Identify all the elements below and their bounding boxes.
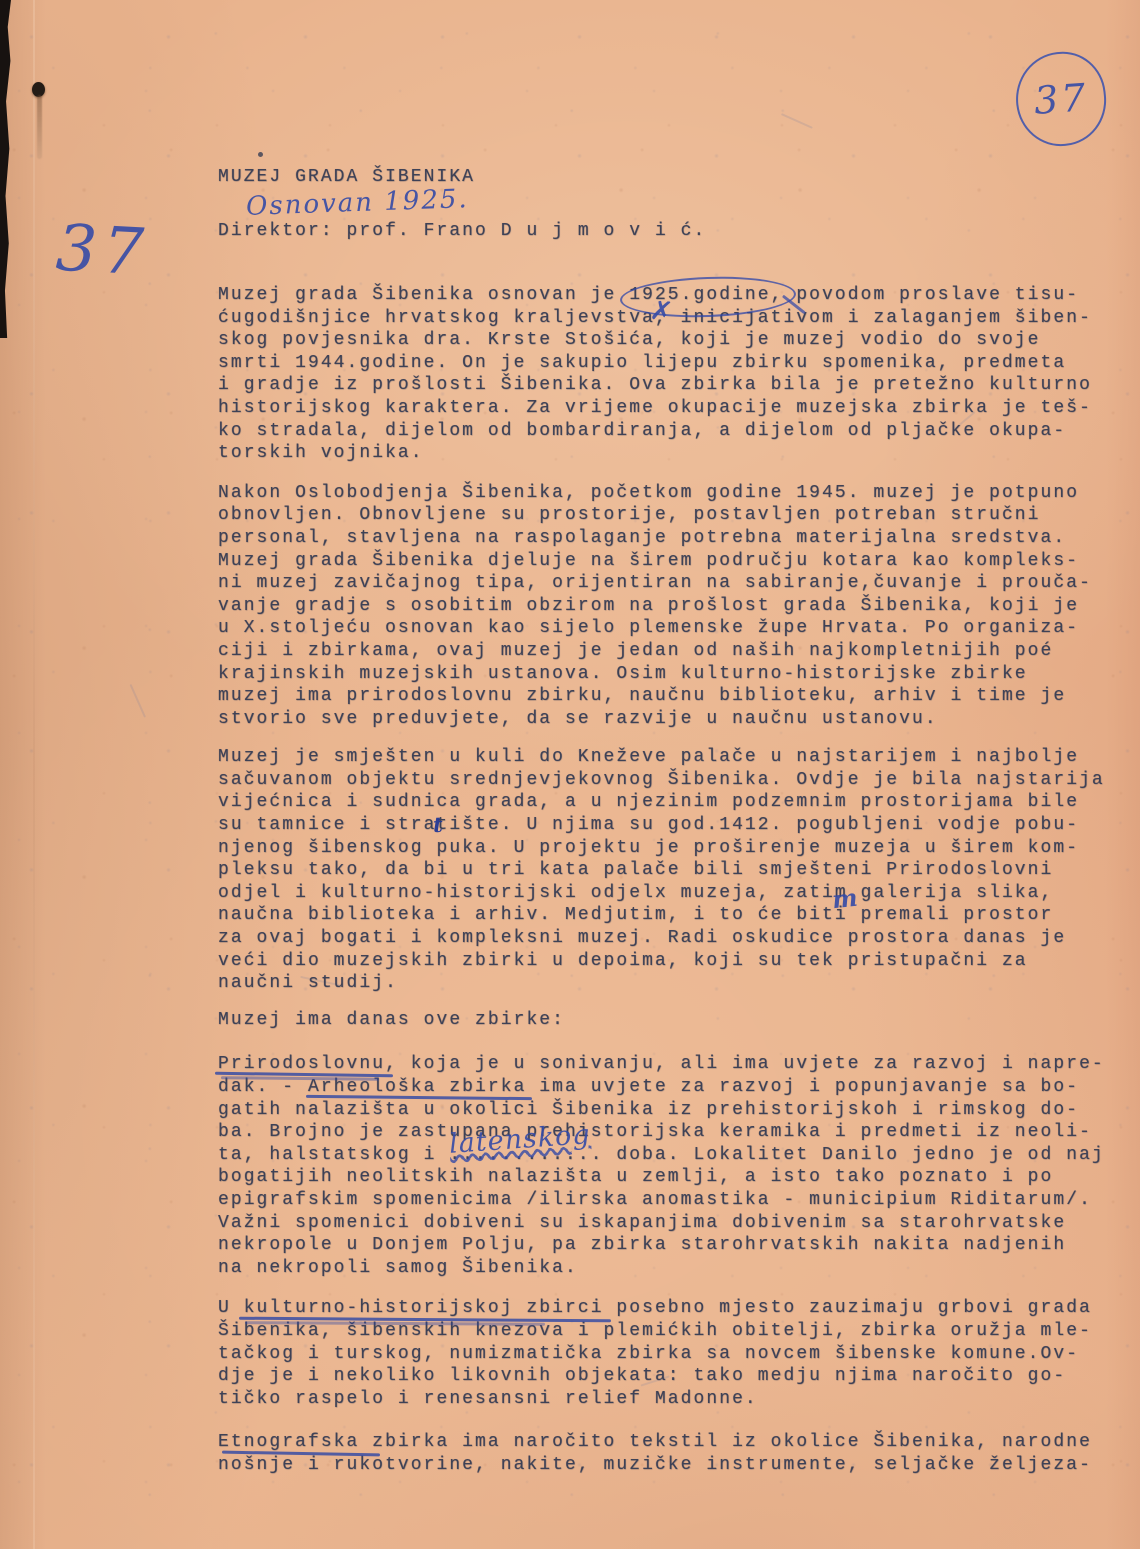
paper-fiber (781, 113, 813, 128)
typed-line: naučni studij. (218, 972, 1138, 995)
typed-line: Važni spomenici dobiveni su iskapanjima … (218, 1212, 1138, 1235)
typed-line: personal, stavljena na raspolaganje potr… (218, 527, 1138, 550)
typed-line: nošnje i rukotvorine, nakite, muzičke in… (218, 1454, 1138, 1477)
typed-line: gatih nalazišta u okolici Šibenika iz pr… (218, 1099, 1138, 1122)
pen-inserted-letter-m: m (831, 883, 859, 914)
typed-line: Muzej je smješten u kuli do Kneževe pala… (218, 746, 1138, 769)
typed-line: pleksu tako, da bi u tri kata palače bil… (218, 859, 1138, 882)
paper-fold-line (33, 0, 35, 1549)
typed-line: Muzej grada Šibenika djeluje na širem po… (218, 550, 1138, 573)
stray-ink-dot (258, 152, 263, 157)
typed-line: obnovljen. Obnovljene su prostorije, pos… (218, 504, 1138, 527)
typed-line: odjel i kulturno-historijski odjelx muze… (218, 882, 1138, 905)
typed-line: naučna biblioteka i arhiv. Medjutim, i t… (218, 904, 1138, 927)
typed-line: torskih vojnika. (218, 442, 1138, 465)
typed-line: i gradje iz prošlosti Šibenika. Ova zbir… (218, 374, 1138, 397)
scanned-document-page: MUZEJ GRADA ŠIBENIKA Osnovan 1925. Direk… (0, 0, 1140, 1549)
typed-line: ko stradala, dijelom od bombardiranja, a… (218, 420, 1138, 443)
typed-line: dje je i nekoliko likovnih objekata: tak… (218, 1365, 1138, 1388)
typed-line: ba. Brojno je zastupana prehistorijska k… (218, 1121, 1138, 1144)
paragraph: Prirodoslovnu, koja je u sonivanju, ali … (218, 1053, 1138, 1279)
typed-line: su tamnice i stratište. U njima su god.1… (218, 814, 1138, 837)
paper-fiber (130, 684, 146, 717)
typed-line: sačuvanom objektu srednjevjekovnog Šiben… (218, 769, 1138, 792)
typed-line: vijećnica i sudnica grada, a u njezinim … (218, 791, 1138, 814)
typed-line: vanje gradje s osobitim obzirom na prošl… (218, 595, 1138, 618)
scan-edge-strip (0, 0, 11, 338)
director-line: Direktor: prof. Frano D u j m o v i ć. (218, 221, 706, 241)
typed-line: Muzej ima danas ove zbirke: (218, 1009, 1138, 1032)
pen-inserted-letter-t: t (433, 812, 444, 837)
typed-line: tačkog i turskog, numizmatička zbirka sa… (218, 1343, 1138, 1366)
typed-line: tičko raspelo i renesansni relief Madonn… (218, 1388, 1138, 1411)
typed-line: krajinskih muzejskih ustanova. Osim kult… (218, 663, 1138, 686)
typed-line: smrti 1944.godine. On je sakupio lijepu … (218, 352, 1138, 375)
typed-line: nekropole u Donjem Polju, pa zbirka star… (218, 1234, 1138, 1257)
typed-line: ciji i zbirkama, ovaj muzej je jedan od … (218, 640, 1138, 663)
typed-line: skog povjesnika dra. Krste Stošića, koji… (218, 329, 1138, 352)
handwritten-founded-note: Osnovan 1925. (246, 184, 470, 222)
typed-line: stvorio sve preduvjete, da se razvije u … (218, 708, 1138, 731)
typed-line: u X.stoljeću osnovan kao sijelo plemensk… (218, 617, 1138, 640)
typed-line: historijskog karaktera. Za vrijeme okupa… (218, 397, 1138, 420)
typed-line: na nekropoli samog Šibenika. (218, 1257, 1138, 1280)
paragraph: Nakon Oslobodjenja Šibenika, početkom go… (218, 482, 1138, 731)
paragraph: Muzej je smješten u kuli do Kneževe pala… (218, 746, 1138, 995)
typed-line: Etnografska zbirka ima naročito tekstil … (218, 1431, 1138, 1454)
paragraph: U kulturno-historijskoj zbirci posebno m… (218, 1297, 1138, 1410)
typed-line: njenog šibenskog puka. U projektu je pro… (218, 837, 1138, 860)
typed-line: Nakon Oslobodjenja Šibenika, početkom go… (218, 482, 1138, 505)
typed-line: muzej ima prirodoslovnu zbirku, naučnu b… (218, 685, 1138, 708)
typed-line: ta, halstatskog i ............ doba. Lok… (218, 1144, 1138, 1167)
typed-line: bogatijih neolitskih nalazišta u zemlji,… (218, 1166, 1138, 1189)
typed-text-column: Muzej grada Šibenika osnovan je 1925.god… (218, 284, 1138, 1494)
typed-line: Prirodoslovnu, koja je u sonivanju, ali … (218, 1053, 1138, 1076)
circled-page-number: 37 (1011, 48, 1110, 151)
paragraph: Muzej ima danas ove zbirke: (218, 1009, 1138, 1032)
typed-line: epigrafskim spomenicima /ilirska anomast… (218, 1189, 1138, 1212)
typed-line: za ovaj bogati i kompleksni muzej. Radi … (218, 927, 1138, 950)
document-title: MUZEJ GRADA ŠIBENIKA (218, 167, 475, 187)
typed-line: veći dio muzejskih zbirki u depoima, koj… (218, 950, 1138, 973)
circled-page-number-value: 37 (1032, 75, 1089, 123)
pen-check-mark: ✗ (648, 295, 675, 329)
typed-line: ni muzej zavičajnog tipa, orijentiran na… (218, 572, 1138, 595)
staple-crease (37, 95, 42, 159)
margin-page-number: 37 (54, 212, 151, 291)
